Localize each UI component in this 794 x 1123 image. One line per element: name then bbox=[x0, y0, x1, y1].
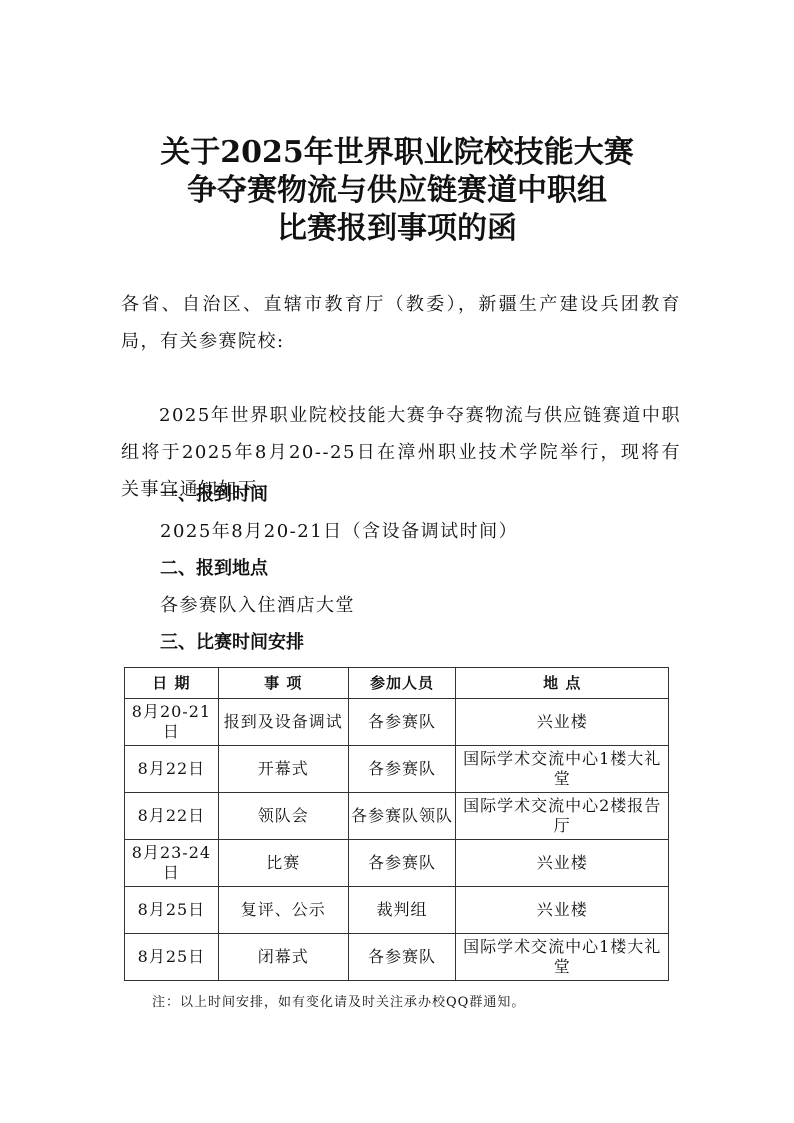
cell-participants: 各参赛队 bbox=[348, 840, 456, 887]
header-participants: 参加人员 bbox=[348, 668, 456, 699]
document-title: 关于2025年世界职业院校技能大赛 争夺赛物流与供应链赛道中职组 比赛报到事项的… bbox=[0, 134, 794, 248]
cell-location: 国际学术交流中心1楼大礼堂 bbox=[456, 746, 669, 793]
cell-location: 兴业楼 bbox=[456, 887, 669, 934]
cell-item: 报到及设备调试 bbox=[218, 699, 348, 746]
title-line-2: 争夺赛物流与供应链赛道中职组 bbox=[0, 172, 794, 210]
cell-location: 国际学术交流中心2楼报告厅 bbox=[456, 793, 669, 840]
cell-date: 8月22日 bbox=[125, 793, 219, 840]
cell-item: 开幕式 bbox=[218, 746, 348, 793]
cell-participants: 各参赛队 bbox=[348, 699, 456, 746]
table-row: 8月25日 闭幕式 各参赛队 国际学术交流中心1楼大礼堂 bbox=[125, 934, 669, 981]
cell-item: 复评、公示 bbox=[218, 887, 348, 934]
cell-item: 领队会 bbox=[218, 793, 348, 840]
cell-date: 8月25日 bbox=[125, 887, 219, 934]
cell-participants: 各参赛队领队 bbox=[348, 793, 456, 840]
table-row: 8月25日 复评、公示 裁判组 兴业楼 bbox=[125, 887, 669, 934]
registration-time-text: 2025年8月20-21日（含设备调试时间） bbox=[160, 520, 518, 544]
table-row: 8月20-21日 报到及设备调试 各参赛队 兴业楼 bbox=[125, 699, 669, 746]
section-heading-registration-time: 一、报到时间 bbox=[160, 483, 268, 507]
cell-item: 比赛 bbox=[218, 840, 348, 887]
registration-location-text: 各参赛队入住酒店大堂 bbox=[160, 594, 355, 618]
table-header-row: 日 期 事 项 参加人员 地 点 bbox=[125, 668, 669, 699]
footnote: 注：以上时间安排，如有变化请及时关注承办校QQ群通知。 bbox=[152, 991, 525, 1010]
cell-date: 8月22日 bbox=[125, 746, 219, 793]
header-date: 日 期 bbox=[125, 668, 219, 699]
cell-date: 8月20-21日 bbox=[125, 699, 219, 746]
table-row: 8月22日 开幕式 各参赛队 国际学术交流中心1楼大礼堂 bbox=[125, 746, 669, 793]
cell-participants: 裁判组 bbox=[348, 887, 456, 934]
header-location: 地 点 bbox=[456, 668, 669, 699]
section-heading-schedule: 三、比赛时间安排 bbox=[160, 631, 304, 655]
cell-participants: 各参赛队 bbox=[348, 934, 456, 981]
header-item: 事 项 bbox=[218, 668, 348, 699]
section-heading-registration-location: 二、报到地点 bbox=[160, 557, 268, 581]
cell-date: 8月23-24日 bbox=[125, 840, 219, 887]
cell-date: 8月25日 bbox=[125, 934, 219, 981]
cell-location: 兴业楼 bbox=[456, 699, 669, 746]
table-row: 8月22日 领队会 各参赛队领队 国际学术交流中心2楼报告厅 bbox=[125, 793, 669, 840]
schedule-table: 日 期 事 项 参加人员 地 点 8月20-21日 报到及设备调试 各参赛队 兴… bbox=[124, 667, 669, 981]
salutation: 各省、自治区、直辖市教育厅（教委），新疆生产建设兵团教育局，有关参赛院校: bbox=[121, 286, 681, 360]
title-line-1: 关于2025年世界职业院校技能大赛 bbox=[0, 134, 794, 172]
title-line-3: 比赛报到事项的函 bbox=[0, 210, 794, 248]
cell-participants: 各参赛队 bbox=[348, 746, 456, 793]
cell-location: 国际学术交流中心1楼大礼堂 bbox=[456, 934, 669, 981]
cell-item: 闭幕式 bbox=[218, 934, 348, 981]
table-row: 8月23-24日 比赛 各参赛队 兴业楼 bbox=[125, 840, 669, 887]
cell-location: 兴业楼 bbox=[456, 840, 669, 887]
